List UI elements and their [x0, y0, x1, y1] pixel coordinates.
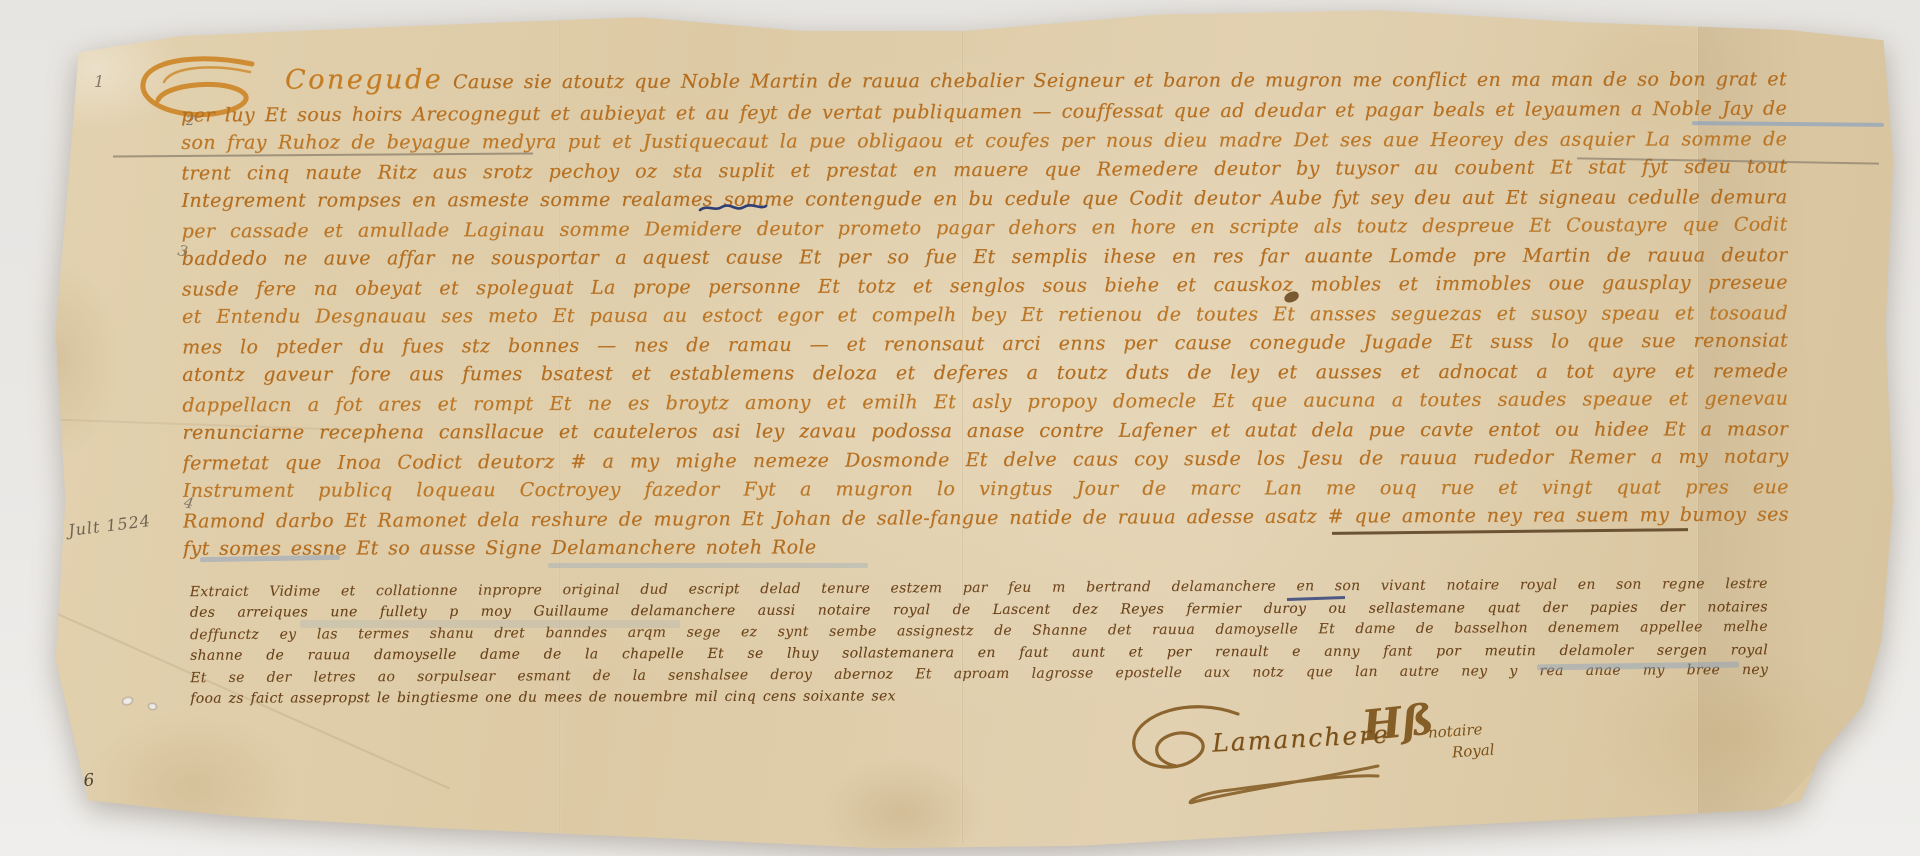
navy-ink-squiggle: [698, 202, 768, 214]
manuscript-line: et Entendu Desgnauau ses meto Et pausa a…: [182, 299, 1788, 332]
wormhole: [147, 702, 157, 710]
pencil-date-note: Jult 1524: [67, 511, 152, 540]
inventory-number: 766: [57, 770, 97, 794]
margin-number-1: 1: [94, 72, 104, 91]
manuscript-line: renunciarne recephena cansllacue et caut…: [182, 415, 1788, 448]
wormhole: [121, 696, 134, 707]
parchment-sheet: Conegude Cause sie atoutz que Noble Mart…: [0, 0, 1920, 856]
notary-monogram: Hß: [1360, 694, 1436, 750]
manuscript-line: fyt somes essne Et so ausse Signe Delama…: [183, 531, 1789, 564]
manuscript-line: atontz gaveur fore aus fumes bsatest et …: [182, 357, 1788, 390]
opening-word: Conegude: [285, 64, 443, 95]
manuscript-line: baddedo ne auve affar ne sousportar a aq…: [182, 241, 1788, 274]
manuscript-line: Integrement rompses en asmeste somme rea…: [181, 183, 1787, 216]
manuscript-body: Conegude Cause sie atoutz que Noble Mart…: [181, 60, 1789, 565]
photo-backdrop: Conegude Cause sie atoutz que Noble Mart…: [0, 0, 1920, 856]
signature-title: notaire: [1427, 720, 1483, 742]
manuscript-line: Conegude Cause sie atoutz que Noble Mart…: [181, 62, 1787, 100]
manuscript-line: Instrument publicq loqueau Coctroyey faz…: [183, 473, 1789, 506]
margin-number-2: 2: [186, 114, 194, 129]
signature-title: Royal: [1451, 741, 1495, 762]
manuscript-line: son fray Ruhoz de beyague medyra put et …: [181, 125, 1787, 158]
collation-note: Extraict Vidime et collationne inpropre …: [190, 574, 1769, 711]
blue-pencil-underline: [548, 563, 868, 568]
signature-underline-flourish: [1182, 760, 1382, 808]
